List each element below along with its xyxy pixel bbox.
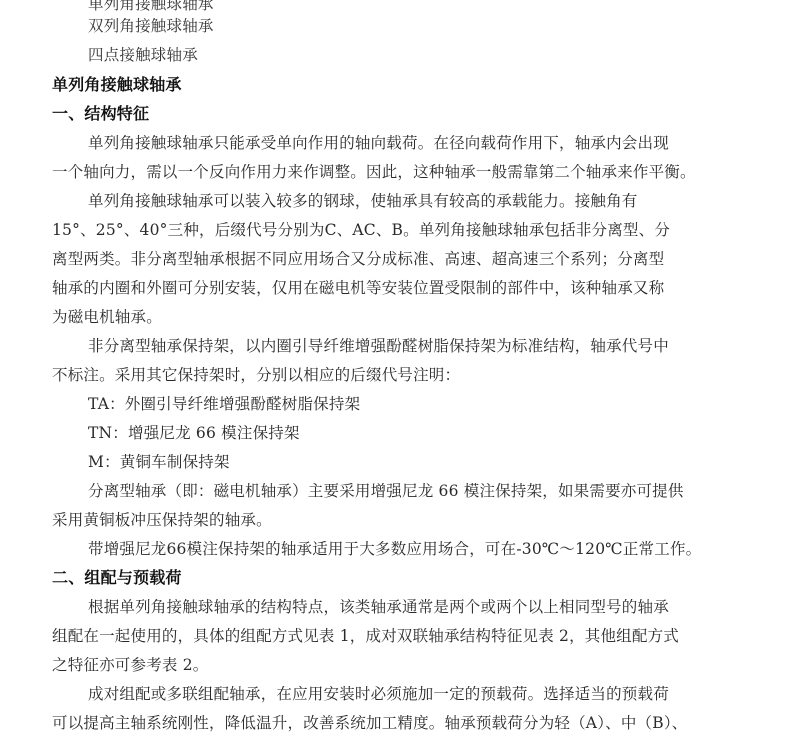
paragraph-line: 可以提高主轴系统刚性，降低温升，改善系统加工精度。轴承预载荷分为轻（A）、中（B…: [52, 713, 752, 732]
paragraph-line: 之特征亦可参考表 2。: [52, 655, 752, 675]
paragraph-line: 采用黄铜板冲压保持架的轴承。: [52, 510, 752, 530]
paragraph-line: 为磁电机轴承。: [52, 307, 752, 327]
paragraph-line: 带增强尼龙66模注保持架的轴承适用于大多数应用场合，可在-30℃～120℃正常工…: [88, 539, 701, 559]
paragraph-line: 组配在一起使用的，具体的组配方式见表 1，成对双联轴承结构特征见表 2，其他组配…: [52, 626, 752, 646]
document-page: 单列角接触球轴承 双列角接触球轴承 四点接触球轴承 单列角接触球轴承 一、结构特…: [0, 0, 800, 732]
paragraph-line: 离型两类。非分离型轴承根据不同应用场合又分成标准、高速、超高速三个系列；分离型: [52, 249, 752, 269]
cage-code-m: M：黄铜车制保持架: [88, 452, 230, 472]
cage-code-tn: TN：增强尼龙 66 模注保持架: [88, 423, 300, 443]
paragraph-line: 根据单列角接触球轴承的结构特点，该类轴承通常是两个或两个以上相同型号的轴承: [88, 597, 669, 617]
paragraph-line: 不标注。采用其它保持架时，分别以相应的后缀代号注明：: [52, 365, 752, 385]
list-item-four-point: 四点接触球轴承: [88, 45, 198, 65]
paragraph-line: 成对组配或多联组配轴承，在应用安装时必须施加一定的预载荷。选择适当的预载荷: [88, 684, 669, 704]
cage-code-ta: TA：外圈引导纤维增强酚醛树脂保持架: [88, 394, 360, 414]
list-item-double-row: 双列角接触球轴承: [88, 16, 214, 36]
paragraph-line: 一个轴向力，需以一个反向作用力来作调整。因此，这种轴承一般需靠第二个轴承来作平衡…: [52, 162, 752, 182]
list-item-single-row: 单列角接触球轴承: [88, 0, 214, 14]
paragraph-line: 单列角接触球轴承只能承受单向作用的轴向载荷。在径向载荷作用下，轴承内会出现: [88, 133, 669, 153]
paragraph-line: 轴承的内圈和外圈可分别安装，仅用在磁电机等安装位置受限制的部件中，该种轴承又称: [52, 278, 752, 298]
paragraph-line: 单列角接触球轴承可以装入较多的钢球，使轴承具有较高的承载能力。接触角有: [88, 191, 638, 211]
paragraph-line: 分离型轴承（即：磁电机轴承）主要采用增强尼龙 66 模注保持架，如果需要亦可提供: [88, 481, 684, 501]
paragraph-line: 15°、25°、40°三种，后缀代号分别为C、AC、B。单列角接触球轴承包括非分…: [52, 220, 752, 240]
section-title: 单列角接触球轴承: [52, 75, 182, 95]
paragraph-line: 非分离型轴承保持架，以内圈引导纤维增强酚醛树脂保持架为标准结构，轴承代号中: [88, 336, 669, 356]
heading-assembly-preload: 二、组配与预载荷: [52, 568, 182, 588]
heading-structure: 一、结构特征: [52, 104, 149, 124]
